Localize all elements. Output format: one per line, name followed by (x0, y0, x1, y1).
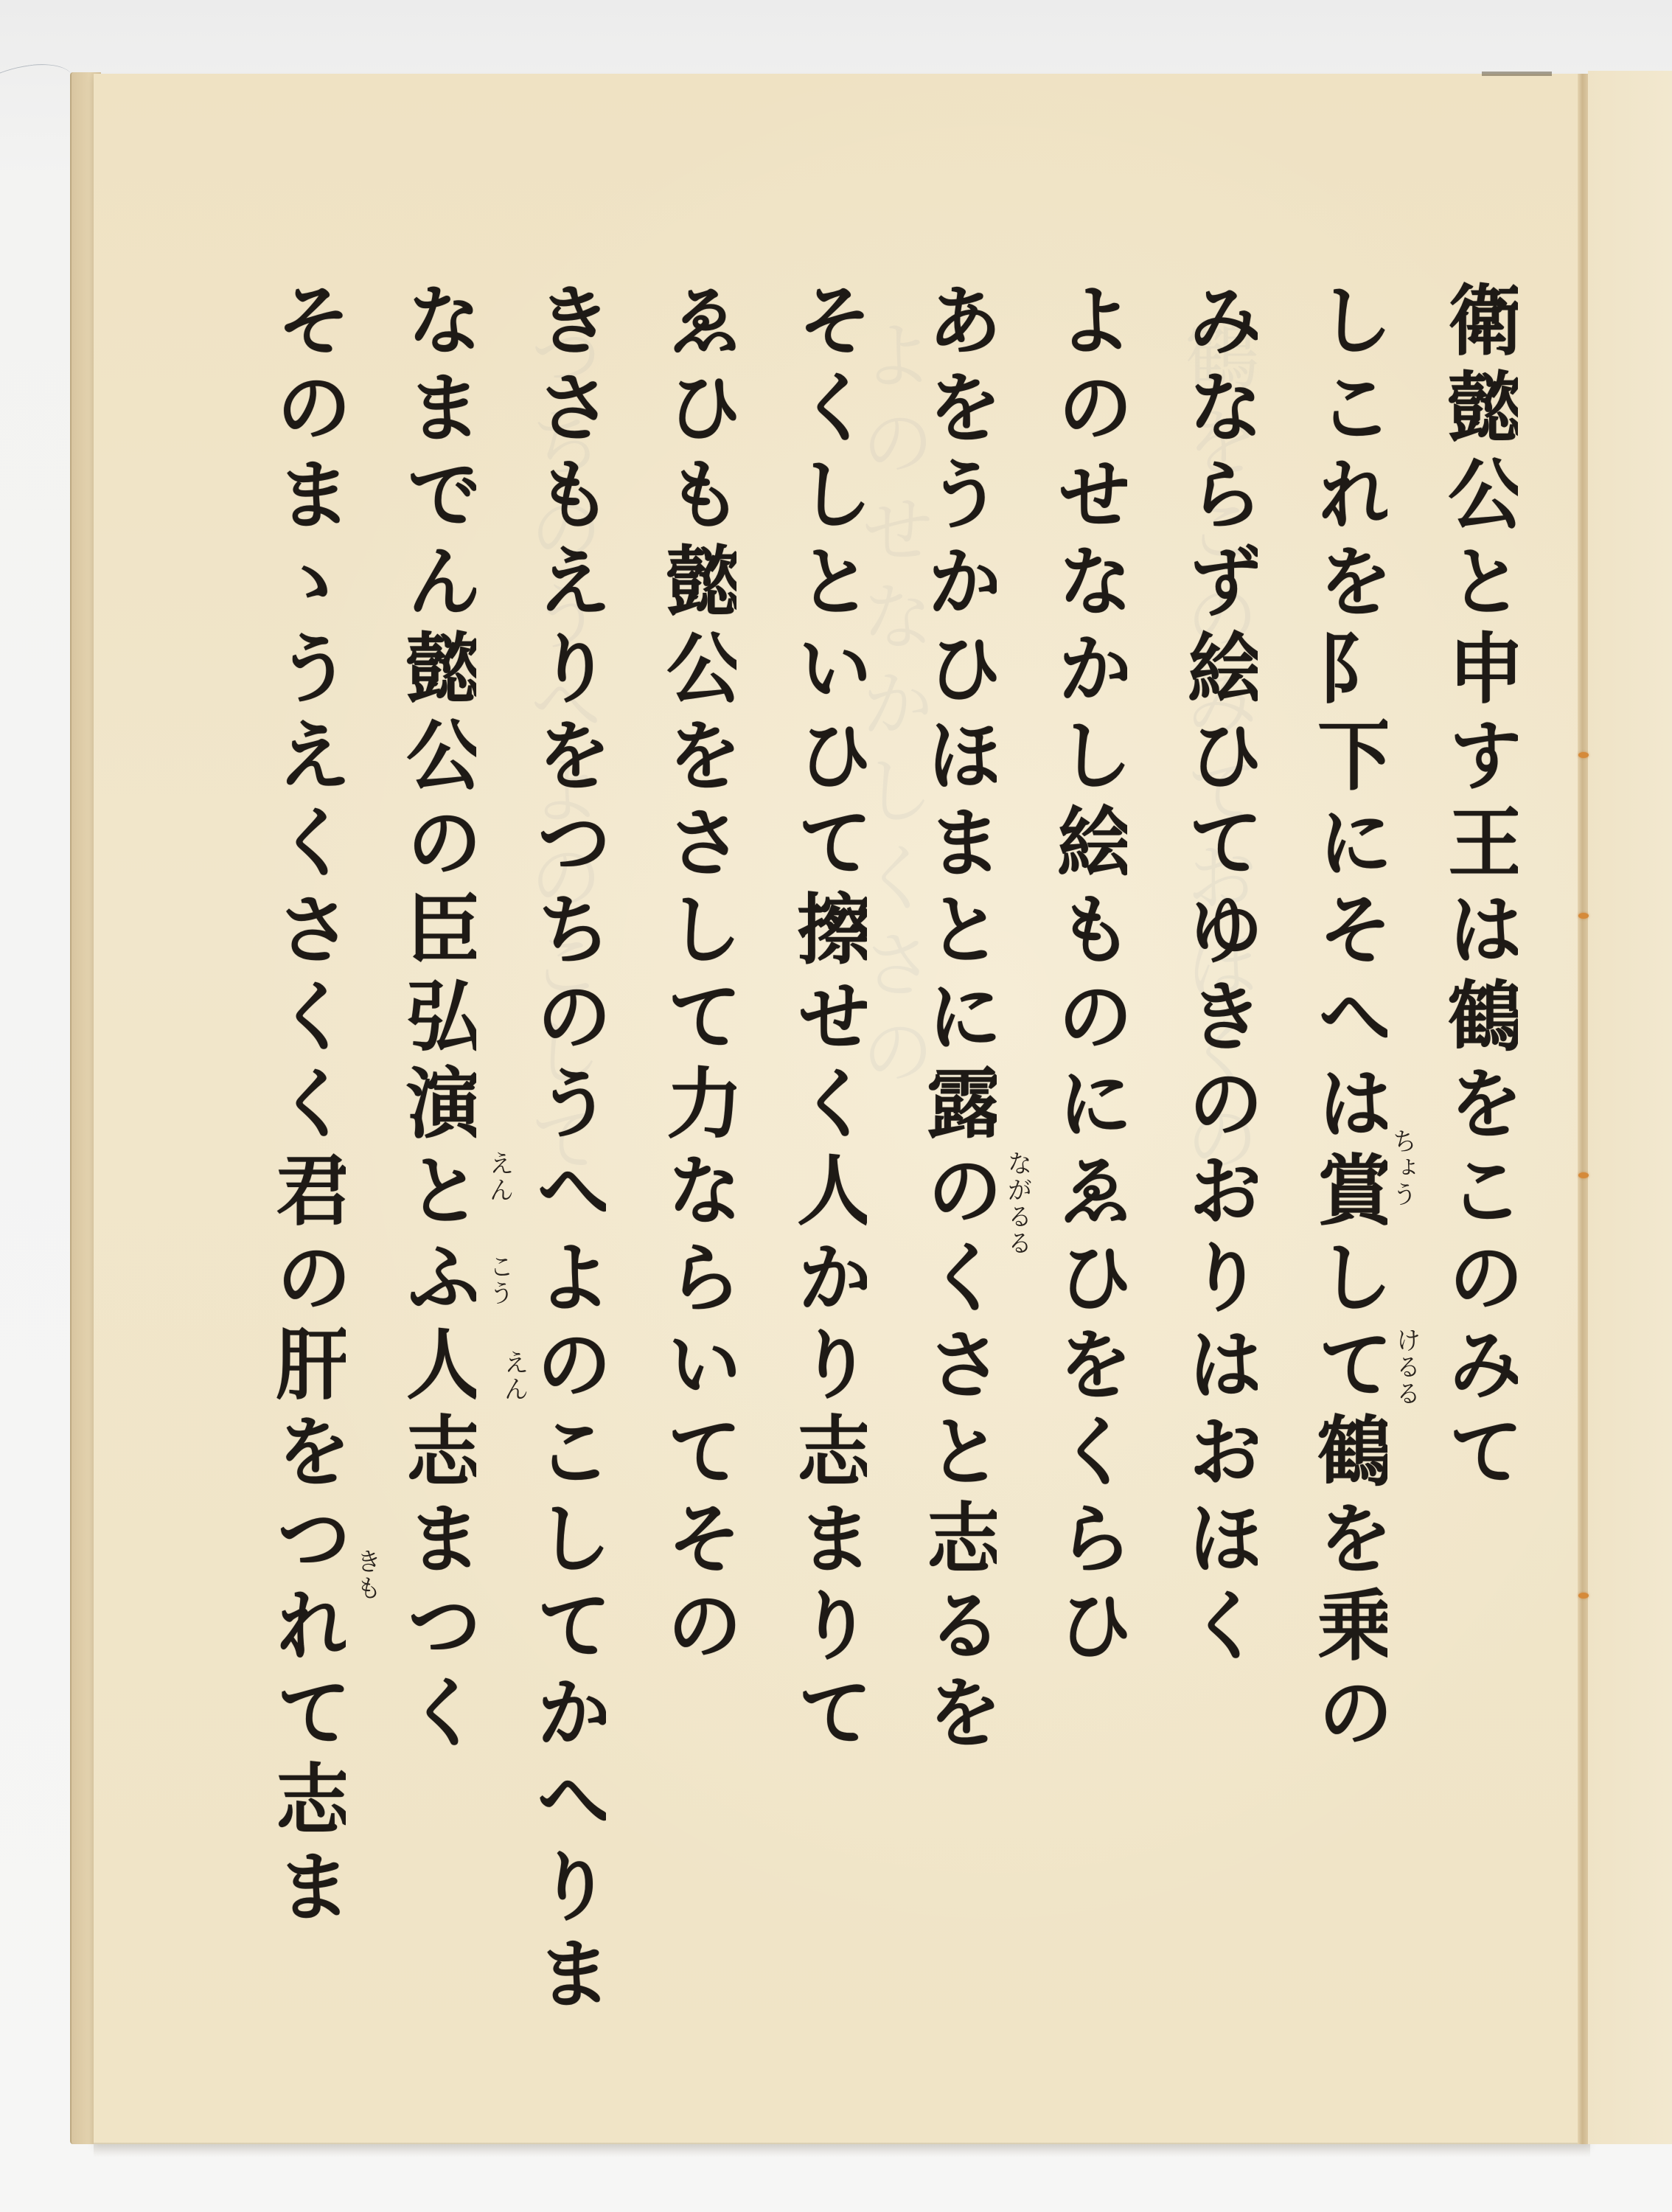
binding-thread-knot (1578, 1593, 1589, 1599)
text-column-1: 衛懿公と申す王は鶴をこのみて (1441, 280, 1518, 2050)
text-column-6: そくしといひて擦せく人かり志まりて (790, 280, 867, 2050)
furigana-gloss: きも (354, 1548, 379, 1601)
text-column-3: みならず絵ひてゆきのおりはおほく (1181, 280, 1258, 2050)
stray-hair (0, 60, 77, 119)
text-column-8: きさもえりをつちのうへよのこしてかへりま (529, 280, 606, 2050)
worn-top-edge (1482, 72, 1552, 76)
furigana-gloss: ちょう (1390, 1128, 1415, 1208)
furigana-gloss: ながるる (1005, 1150, 1030, 1256)
text-column-9: なまでん懿公の臣弘演とふ人志まつく (400, 280, 476, 2050)
text-columns: 衛懿公と申す王は鶴をこのみて しこれを阝下にそへは賞して鶴を乗の みならず絵ひて… (243, 280, 1511, 2050)
binding-thread-knot (1578, 752, 1589, 758)
facing-page-edge (1588, 71, 1672, 2144)
scan-background: 鶴をこのみておほくの よのせなかしくさの つちのうへよのこして 衛懿公と申す王は… (0, 0, 1672, 2212)
text-column-10: そのまゝうえくさくく君の肝をつれて志ま (269, 280, 346, 2050)
book-gutter (1578, 74, 1588, 2144)
furigana-gloss: こう (487, 1253, 512, 1307)
page-shadow (94, 2143, 1590, 2157)
furigana-gloss: えん (487, 1150, 512, 1203)
text-column-5: あをうかひほまとに露のくさと志るを (920, 280, 997, 2050)
binding-thread-knot (1578, 913, 1589, 919)
furigana-gloss: けるる (1393, 1327, 1418, 1407)
text-column-4: よのせなかし絵ものにゑひをくらひ (1051, 280, 1127, 2050)
text-column-2: しこれを阝下にそへは賞して鶴を乗の (1311, 280, 1387, 2050)
binding-thread-knot (1578, 1172, 1589, 1178)
text-column-7: ゑひも懿公をさして力ならいてその (660, 280, 736, 2050)
furigana-gloss: えん (501, 1349, 526, 1402)
